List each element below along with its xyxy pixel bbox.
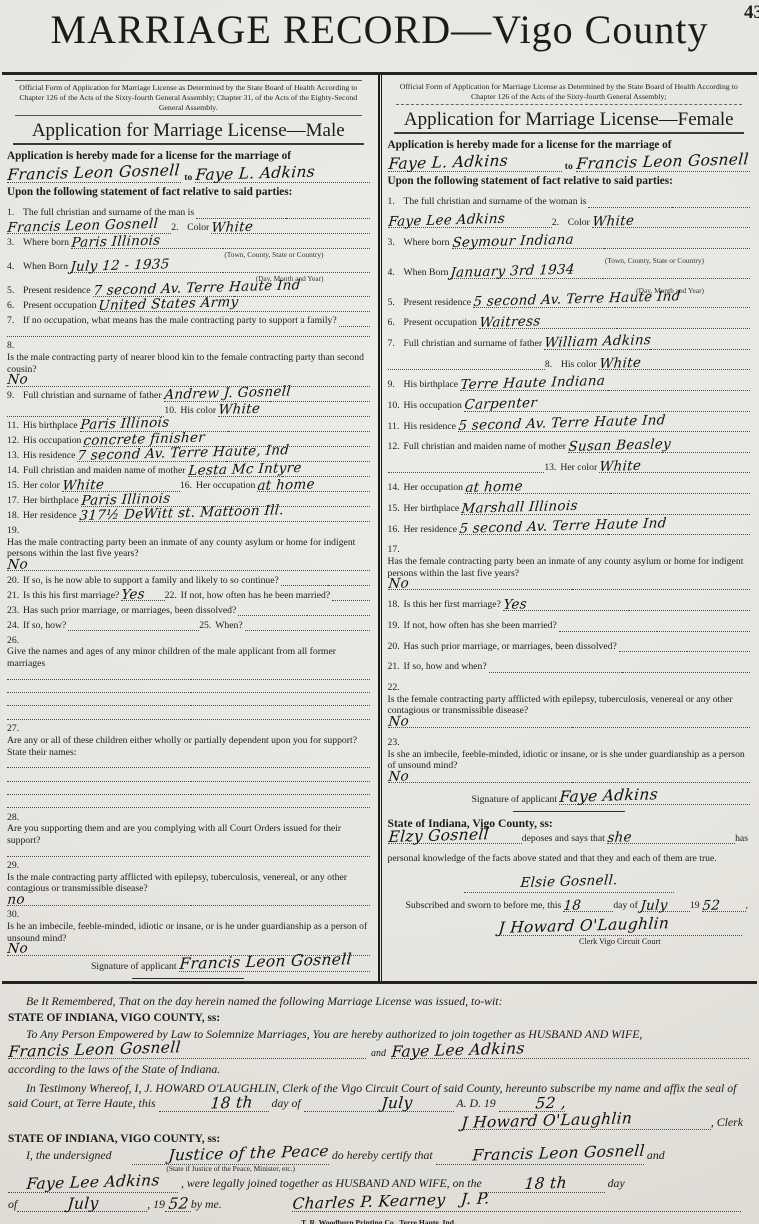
- answer-line: No: [7, 944, 191, 955]
- question-item: 10. His color White: [7, 405, 370, 417]
- question-item: [7, 798, 370, 808]
- vertical-double-rule: [378, 75, 382, 981]
- answer-line: Yes: [503, 600, 630, 611]
- answer-line-2: [307, 606, 370, 616]
- question-item: 15. Her color White 16. Her occupation a…: [7, 480, 370, 492]
- question-row: 28. Are you supporting them and are you …: [7, 812, 370, 857]
- year-line: 52: [702, 901, 746, 912]
- question-number: 18.: [388, 599, 404, 611]
- answer-line: [559, 622, 658, 632]
- question-label: The full christian and surname of the wo…: [404, 196, 589, 208]
- question-label: Are any or all of these children either …: [7, 735, 370, 758]
- question-item: 13. Her color White: [388, 462, 751, 474]
- answer-line: [68, 621, 199, 631]
- handwritten-groom-name: Francis Leon Gosnell: [8, 1042, 181, 1058]
- question-label: Has such prior marriage, or marriages, b…: [23, 605, 238, 617]
- year2-line: 52: [165, 1196, 191, 1212]
- answer-line-2: [629, 601, 750, 611]
- handwritten-deponent: Elzy Gosnell: [388, 829, 489, 843]
- handwritten-bride2: Faye Lee Adkins: [26, 1175, 160, 1190]
- question-label: His residence: [23, 450, 77, 462]
- question-label-2: His color: [180, 405, 218, 417]
- question-number: 19.: [7, 525, 23, 537]
- answer-line: [7, 696, 191, 706]
- answer-line-2: [615, 298, 751, 308]
- handwritten-answer: Faye Lee Adkins: [388, 214, 505, 227]
- question-number: 16.: [388, 524, 404, 536]
- question-number: 22.: [388, 682, 404, 694]
- question-row: 8. His color White: [388, 359, 751, 371]
- answer-line: [7, 772, 191, 782]
- question-item: [7, 710, 370, 720]
- answer-line-2: White: [592, 217, 750, 228]
- question-row: 13. His residence 7 second Av. Terre Hau…: [7, 450, 370, 462]
- question-label: If not, how often has she been married?: [404, 620, 559, 632]
- question-row: 14. Full christian and maiden name of mo…: [7, 465, 370, 477]
- question-number: 27.: [7, 723, 23, 735]
- answer-line: July 12 - 1935: [70, 262, 223, 273]
- question-row: 1. The full christian and surname of the…: [7, 207, 370, 219]
- official-form-note-female: Official Form of Application for Marriag…: [396, 80, 743, 105]
- answer-line-2: [604, 239, 750, 249]
- question-item: [7, 772, 370, 782]
- question-number: 1.: [388, 196, 404, 208]
- testimony-month-line: July: [304, 1096, 454, 1112]
- application-columns: Official Form of Application for Marriag…: [0, 75, 759, 981]
- question-item: 23. Has such prior marriage, or marriage…: [7, 605, 370, 617]
- officiant-slot: Justice of the Peace(State if Justice of…: [114, 1148, 328, 1173]
- deponent-row: Elzy Gosnell deposes and says that she h…: [388, 832, 751, 845]
- question-item: 8. Is the male contracting party of near…: [7, 340, 370, 386]
- question-label-2: His color: [561, 359, 599, 371]
- question-label-2: If not, how often has he been married?: [181, 590, 333, 602]
- joined-text: , were legally joined together as HUSBAN…: [181, 1176, 482, 1190]
- question-item: 6. Present occupation Waitress: [388, 317, 751, 329]
- heading-rule: [394, 132, 745, 134]
- question-item: 1. The full christian and surname of the…: [7, 207, 370, 219]
- question-label: Is she an imbecile, feeble-minded, idiot…: [388, 749, 751, 772]
- handwritten-answer: No: [388, 579, 409, 590]
- question-label: If so, how?: [23, 620, 68, 632]
- male-questions-list: 1. The full christian and surname of the…: [7, 207, 370, 955]
- question-item: [7, 683, 370, 693]
- question-row: Faye Lee Adkins 2. Color White: [388, 217, 751, 229]
- question-number-2: 25.: [199, 620, 215, 632]
- question-item: 11. His residence 5 second Av. Terre Hau…: [388, 421, 751, 433]
- signature-separator: [513, 811, 625, 812]
- question-number: 30.: [7, 909, 23, 921]
- question-number-2: 13.: [544, 462, 560, 474]
- answer-line: No: [388, 772, 572, 783]
- handwritten-answer-2: White: [592, 216, 635, 227]
- year-suffix: ,: [746, 900, 750, 912]
- answer-line-2: [191, 847, 369, 857]
- handwritten-answer: Marshall Illinois: [461, 500, 578, 513]
- answer-line: [7, 785, 191, 795]
- answer-line-2: [191, 785, 369, 795]
- handwritten-answer: No: [7, 375, 28, 386]
- handwritten-party1: Francis Leon Gosnell: [7, 165, 180, 181]
- question-number-2: 2.: [552, 217, 568, 229]
- handwritten-party2: Francis Leon Gosnell: [576, 154, 749, 170]
- question-row: 18. Her residence 317½ DeWitt st. Mattoo…: [7, 510, 370, 522]
- question-label-2: Her color: [560, 462, 599, 474]
- answer-line: 5 second Av. Terre Haute Ind: [459, 524, 607, 535]
- question-number: 21.: [7, 590, 23, 602]
- field-caption: (Town, County, State or Country): [7, 250, 370, 259]
- answer-line: Marshall Illinois: [461, 504, 608, 515]
- answer-line: [489, 663, 623, 673]
- question-number: 18.: [7, 510, 23, 522]
- question-row: 9. Full christian and surname of father …: [7, 390, 370, 402]
- page-title: MARRIAGE RECORD—Vigo County: [0, 10, 759, 50]
- handwritten-answer: Carpenter: [464, 398, 537, 410]
- question-number: 28.: [7, 812, 23, 824]
- question-row: 15. Her color White 16. Her occupation a…: [7, 480, 370, 492]
- question-label: Full christian and maiden name of mother: [23, 465, 188, 477]
- handwritten-answer: concrete finisher: [83, 432, 205, 446]
- question-number: 21.: [388, 661, 404, 673]
- testimony-paragraph: In Testimony Whereof, I, J. HOWARD O'LAU…: [8, 1081, 749, 1113]
- heading-rule: [13, 143, 364, 145]
- bride-name-line: Faye Lee Adkins: [391, 1047, 749, 1060]
- question-row: 7. If no occupation, what means has the …: [7, 315, 370, 337]
- answer-line-2: [608, 381, 750, 391]
- party2-line: Francis Leon Gosnell: [576, 159, 750, 172]
- question-row: 18. Is this her first marriage? Yes: [388, 599, 751, 611]
- handwritten-answer: No: [388, 771, 409, 782]
- answer-line-2: [687, 642, 750, 652]
- question-item: Faye Lee Adkins 2. Color White: [388, 217, 751, 229]
- handwritten-signature-male: Francis Leon Gosnell: [179, 954, 352, 970]
- final-row: of July , 19 52 by me. Charles P. Kearne…: [8, 1196, 749, 1212]
- question-item: 1. The full christian and surname of the…: [388, 196, 751, 208]
- question-row: 3. Where born Seymour Indiana: [388, 237, 751, 249]
- question-number: 1.: [7, 207, 23, 219]
- question-number: 6.: [7, 300, 23, 312]
- handwritten-answer: Susan Beasley: [568, 439, 671, 452]
- answer-line: [588, 198, 672, 208]
- answer-line-2: [603, 269, 750, 279]
- answer-line-2: [191, 670, 369, 680]
- signature-label: Signature of applicant: [472, 794, 560, 805]
- officiant-signature-line: Charles P. Kearney J. P.: [292, 1199, 741, 1212]
- question-number-2: 2.: [171, 222, 187, 234]
- question-row: 6. Present occupation Waitress: [388, 317, 751, 329]
- handwritten-answer: No: [388, 716, 409, 727]
- question-label: If no occupation, what means has the mal…: [23, 315, 339, 327]
- testimony-day-line: 18 th: [159, 1096, 269, 1112]
- state-line-1: STATE OF INDIANA, VIGO COUNTY, ss:: [8, 1012, 749, 1024]
- question-row: [7, 696, 370, 706]
- signature-separator: [132, 978, 244, 979]
- clerk-word: , Clerk: [711, 1115, 743, 1130]
- certify-paragraph: I, the undersigned Justice of the Peace(…: [8, 1148, 749, 1173]
- question-row: 5. Present residence 5 second Av. Terre …: [388, 297, 751, 309]
- question-number: 12.: [7, 435, 23, 447]
- answer-line: [388, 463, 545, 473]
- day-of-label: day of: [613, 900, 639, 912]
- subscribed-text: Subscribed and sworn to before me, this: [406, 900, 564, 912]
- question-label: Give the names and ages of any minor chi…: [7, 646, 370, 669]
- question-item: 15. Her birthplace Marshall Illinois: [388, 503, 751, 515]
- handwritten-answer-2: White: [211, 222, 254, 233]
- answer-line-2: [572, 718, 750, 728]
- has-word: has: [735, 833, 750, 845]
- question-row: 16. Her residence 5 second Av. Terre Hau…: [388, 524, 751, 536]
- handwritten-answer-2: at home: [257, 479, 315, 491]
- question-item: 30. Is he an imbecile, feeble-minded, id…: [7, 909, 370, 955]
- deposes-text: deposes and says that: [522, 833, 607, 845]
- handwritten-answer: United States Army: [98, 297, 239, 311]
- question-number: 5.: [7, 285, 23, 297]
- question-item: 7. Full christian and surname of father …: [388, 338, 751, 350]
- question-item: 10. His occupation Carpenter: [388, 400, 751, 412]
- answer-line-2: [191, 683, 369, 693]
- question-item: 7. If no occupation, what means has the …: [7, 315, 370, 337]
- answer-line: [7, 710, 191, 720]
- answer-line-2: [228, 422, 370, 432]
- printer-credit: T. R. Woodburn Printing Co., Terre Haute…: [8, 1218, 749, 1224]
- answer-line-2: [191, 696, 369, 706]
- question-number-2: 22.: [165, 590, 181, 602]
- question-number: 17.: [388, 544, 404, 556]
- question-row: 10. His color White: [7, 405, 370, 417]
- answer-line-2: [191, 758, 369, 768]
- question-row: [7, 798, 370, 808]
- affidavit-body-text: personal knowledge of the facts above st…: [388, 853, 751, 865]
- answer-line-2: White: [599, 462, 750, 473]
- handwritten-signature-female: Faye Adkins: [559, 789, 658, 803]
- question-item: 12. Full christian and maiden name of mo…: [388, 441, 751, 453]
- question-item: 16. Her residence 5 second Av. Terre Hau…: [388, 524, 751, 536]
- question-row: 7. Full christian and surname of father …: [388, 338, 751, 350]
- question-number: 8.: [7, 340, 23, 352]
- question-number: 7.: [388, 338, 404, 350]
- answer-line: No: [7, 375, 191, 386]
- question-label: Present residence: [23, 285, 93, 297]
- question-row: 23. Is she an imbecile, feeble-minded, i…: [388, 737, 751, 783]
- question-label: When Born: [404, 267, 451, 279]
- handwritten-answer: Seymour Indiana: [452, 235, 574, 249]
- female-questions-list: 1. The full christian and surname of the…: [388, 196, 751, 783]
- question-label: His occupation: [23, 435, 83, 447]
- answer-line-2: [609, 505, 750, 515]
- question-row: 3. Where born Paris Illinois: [7, 237, 370, 249]
- question-number: 17.: [7, 495, 23, 507]
- question-label: Her residence: [23, 510, 79, 522]
- marriage-license-section: Be It Remembered, That on the day herein…: [0, 984, 759, 1224]
- handwritten-answer: no: [7, 894, 25, 905]
- question-label: Is the male contracting party afflicted …: [7, 872, 370, 895]
- month-line: July: [640, 901, 690, 912]
- answer-line: [388, 360, 545, 370]
- question-number-2: 16.: [180, 480, 196, 492]
- question-row: 9. His birthplace Terre Haute Indiana: [388, 379, 751, 391]
- answer-line: 5 second Av. Terre Haute Ind: [473, 297, 615, 308]
- question-number: 11.: [7, 420, 23, 432]
- question-label: Her occupation: [404, 482, 465, 494]
- answer-line-2: [332, 591, 369, 601]
- answer-line-2: [328, 576, 369, 586]
- to-label: to: [565, 162, 573, 172]
- groom2-line: Francis Leon Gosnell: [436, 1148, 644, 1164]
- handwritten-party1: Faye L. Adkins: [388, 156, 508, 171]
- question-label: His occupation: [404, 400, 464, 412]
- answer-line-2: [607, 422, 750, 432]
- year-prefix: 19: [690, 900, 702, 912]
- and-label-2: and: [647, 1148, 665, 1162]
- question-label: Has the female contracting party been an…: [388, 556, 751, 579]
- answer-line-2: [191, 710, 369, 720]
- license-names-row: Francis Leon Gosnell and Faye Lee Adkins: [8, 1047, 749, 1060]
- handwritten-answer: Terre Haute Indiana: [460, 376, 606, 390]
- question-number: 9.: [388, 379, 404, 391]
- marriage-record-page: MARRIAGE RECORD—Vigo County 43 ↖ Officia…: [0, 0, 759, 1224]
- question-label: If so, is he now able to support a famil…: [23, 575, 281, 587]
- question-row: 12. Full christian and maiden name of mo…: [388, 441, 751, 453]
- question-row: 22. Is the female contracting party affl…: [388, 682, 751, 728]
- answer-line: William Adkins: [544, 338, 650, 349]
- question-number: 19.: [388, 620, 404, 632]
- male-application-column: Official Form of Application for Marriag…: [2, 75, 377, 981]
- masthead: MARRIAGE RECORD—Vigo County 43 ↖: [0, 0, 759, 72]
- question-row: 17. Has the female contracting party bee…: [388, 544, 751, 590]
- ad-prefix: A. D. 19: [456, 1096, 495, 1110]
- signature-row-male: Signature of applicant Francis Leon Gosn…: [7, 959, 370, 972]
- question-number: 20.: [7, 575, 23, 587]
- handwritten-answer: No: [7, 560, 28, 571]
- joined-paragraph: Faye Lee Adkins , were legally joined to…: [8, 1176, 749, 1192]
- question-item: 18. Is this her first marriage? Yes: [388, 599, 751, 611]
- answer-line-2: White: [211, 223, 369, 234]
- question-row: 30. Is he an imbecile, feeble-minded, id…: [7, 909, 370, 955]
- question-label-2: Color: [187, 222, 211, 234]
- answer-line: No: [7, 560, 191, 571]
- question-label: Is this her first marriage?: [404, 599, 503, 611]
- handwritten-testimony-day: 18 th: [192, 1097, 253, 1110]
- question-row: 13. Her color White: [388, 462, 751, 474]
- question-number: 20.: [388, 641, 404, 653]
- question-item: 27. Are any or all of these children eit…: [7, 723, 370, 768]
- question-label: Her color: [23, 480, 62, 492]
- handwritten-pronoun: she: [607, 832, 632, 843]
- day-word: day: [608, 1176, 625, 1190]
- handwritten-answer: July 12 - 1935: [70, 259, 170, 272]
- question-row: 14. Her occupation at home: [388, 482, 751, 494]
- question-number: 13.: [7, 450, 23, 462]
- question-item: 20. Has such prior marriage, or marriage…: [388, 641, 751, 653]
- answer-line-2: [572, 773, 750, 783]
- handwritten-month2: July: [67, 1198, 99, 1211]
- question-item: 17. Has the female contracting party bee…: [388, 544, 751, 590]
- question-row: 8. Is the male contracting party of near…: [7, 340, 370, 386]
- handwritten-answer-2: White: [599, 461, 642, 472]
- question-number: 3.: [388, 237, 404, 249]
- answer-line-2: [7, 327, 370, 337]
- question-number: 14.: [388, 482, 404, 494]
- day2-line: 18 th: [485, 1176, 605, 1192]
- question-item: [7, 785, 370, 795]
- handwritten-answer: William Adkins: [544, 335, 652, 348]
- question-number: 7.: [7, 315, 23, 327]
- question-row: [7, 710, 370, 720]
- party1-line: Faye L. Adkins: [388, 159, 562, 172]
- answer-line: Seymour Indiana: [452, 238, 604, 249]
- question-label-2: When?: [215, 620, 244, 632]
- clerk-caption: Clerk Vigo Circuit Court: [498, 937, 743, 946]
- deponent-line: Elzy Gosnell: [388, 832, 522, 845]
- question-number: 15.: [388, 503, 404, 515]
- day-of-label: day of: [272, 1096, 301, 1110]
- question-item: Francis Leon Gosnell 2. Color White: [7, 222, 370, 234]
- answer-line-2: [227, 512, 369, 522]
- question-label: If so, how and when?: [404, 661, 489, 673]
- answer-line: [7, 798, 191, 808]
- answer-line: Susan Beasley: [568, 442, 662, 453]
- question-item: 6. Present occupation United States Army: [7, 300, 370, 312]
- answer-line-2: [191, 798, 369, 808]
- clerk-signature-block: J Howard O'Laughlin Clerk Vigo Circuit C…: [388, 921, 751, 946]
- answer-line: No: [388, 579, 572, 590]
- answer-line: Paris Illinois: [71, 238, 223, 249]
- handwritten-answer: at home: [465, 481, 523, 493]
- answer-line: [7, 683, 191, 693]
- handwritten-answer: No: [7, 944, 28, 955]
- answer-line-2: [282, 467, 370, 477]
- handwritten-answer: Yes: [503, 599, 527, 610]
- and-label: and: [371, 1048, 386, 1059]
- testimony-year-line: 52 ,: [499, 1096, 566, 1112]
- answer-line: [339, 317, 370, 327]
- answer-line: 5 second Av. Terre Haute Ind: [458, 421, 607, 432]
- question-item: 18. Her residence 317½ DeWitt st. Mattoo…: [7, 510, 370, 522]
- question-number: 23.: [7, 605, 23, 617]
- question-label: Full christian and surname of father: [404, 338, 545, 350]
- question-item: 19. Has the male contracting party been …: [7, 525, 370, 571]
- answer-line-2: [610, 484, 750, 494]
- handwritten-answer: Paris Illinois: [71, 235, 161, 248]
- question-row: 29. Is the male contracting party afflic…: [7, 860, 370, 906]
- subscribed-row: Subscribed and sworn to before me, this …: [388, 900, 751, 912]
- question-item: 21. If so, how and when?: [388, 661, 751, 673]
- answer-line-2: [191, 561, 369, 571]
- certify-text: do hereby certify that: [332, 1148, 433, 1162]
- question-row: 24. If so, how? 25. When?: [7, 620, 370, 632]
- question-label: Full christian and maiden name of mother: [404, 441, 569, 453]
- question-item: 26. Give the names and ages of any minor…: [7, 635, 370, 680]
- day-line: 18: [563, 901, 613, 912]
- answer-line: [7, 758, 191, 768]
- answer-line: Terre Haute Indiana: [460, 380, 608, 391]
- answer-line: Lesta Mc Intyre: [188, 466, 282, 477]
- question-item: 22. Is the female contracting party affl…: [388, 682, 751, 728]
- question-item: 5. Present residence 5 second Av. Terre …: [388, 297, 751, 309]
- handwritten-day2: 18 th: [524, 1178, 567, 1191]
- question-label: His residence: [404, 421, 458, 433]
- answer-line: [7, 847, 191, 857]
- license-clerk-row: J Howard O'Laughlin , Clerk: [8, 1115, 749, 1130]
- bride2-line: Faye Lee Adkins: [8, 1176, 178, 1192]
- handwritten-testimony-month: July: [363, 1098, 413, 1111]
- answer-line: United States Army: [98, 301, 237, 312]
- question-label: Is this his first marriage?: [23, 590, 121, 602]
- according-text: according to the laws of the State of In…: [8, 1062, 749, 1077]
- question-number: 5.: [388, 297, 404, 309]
- answer-line: [196, 209, 286, 219]
- clerk-signature-line: J Howard O'Laughlin: [498, 923, 743, 936]
- answer-line-2: [617, 319, 750, 329]
